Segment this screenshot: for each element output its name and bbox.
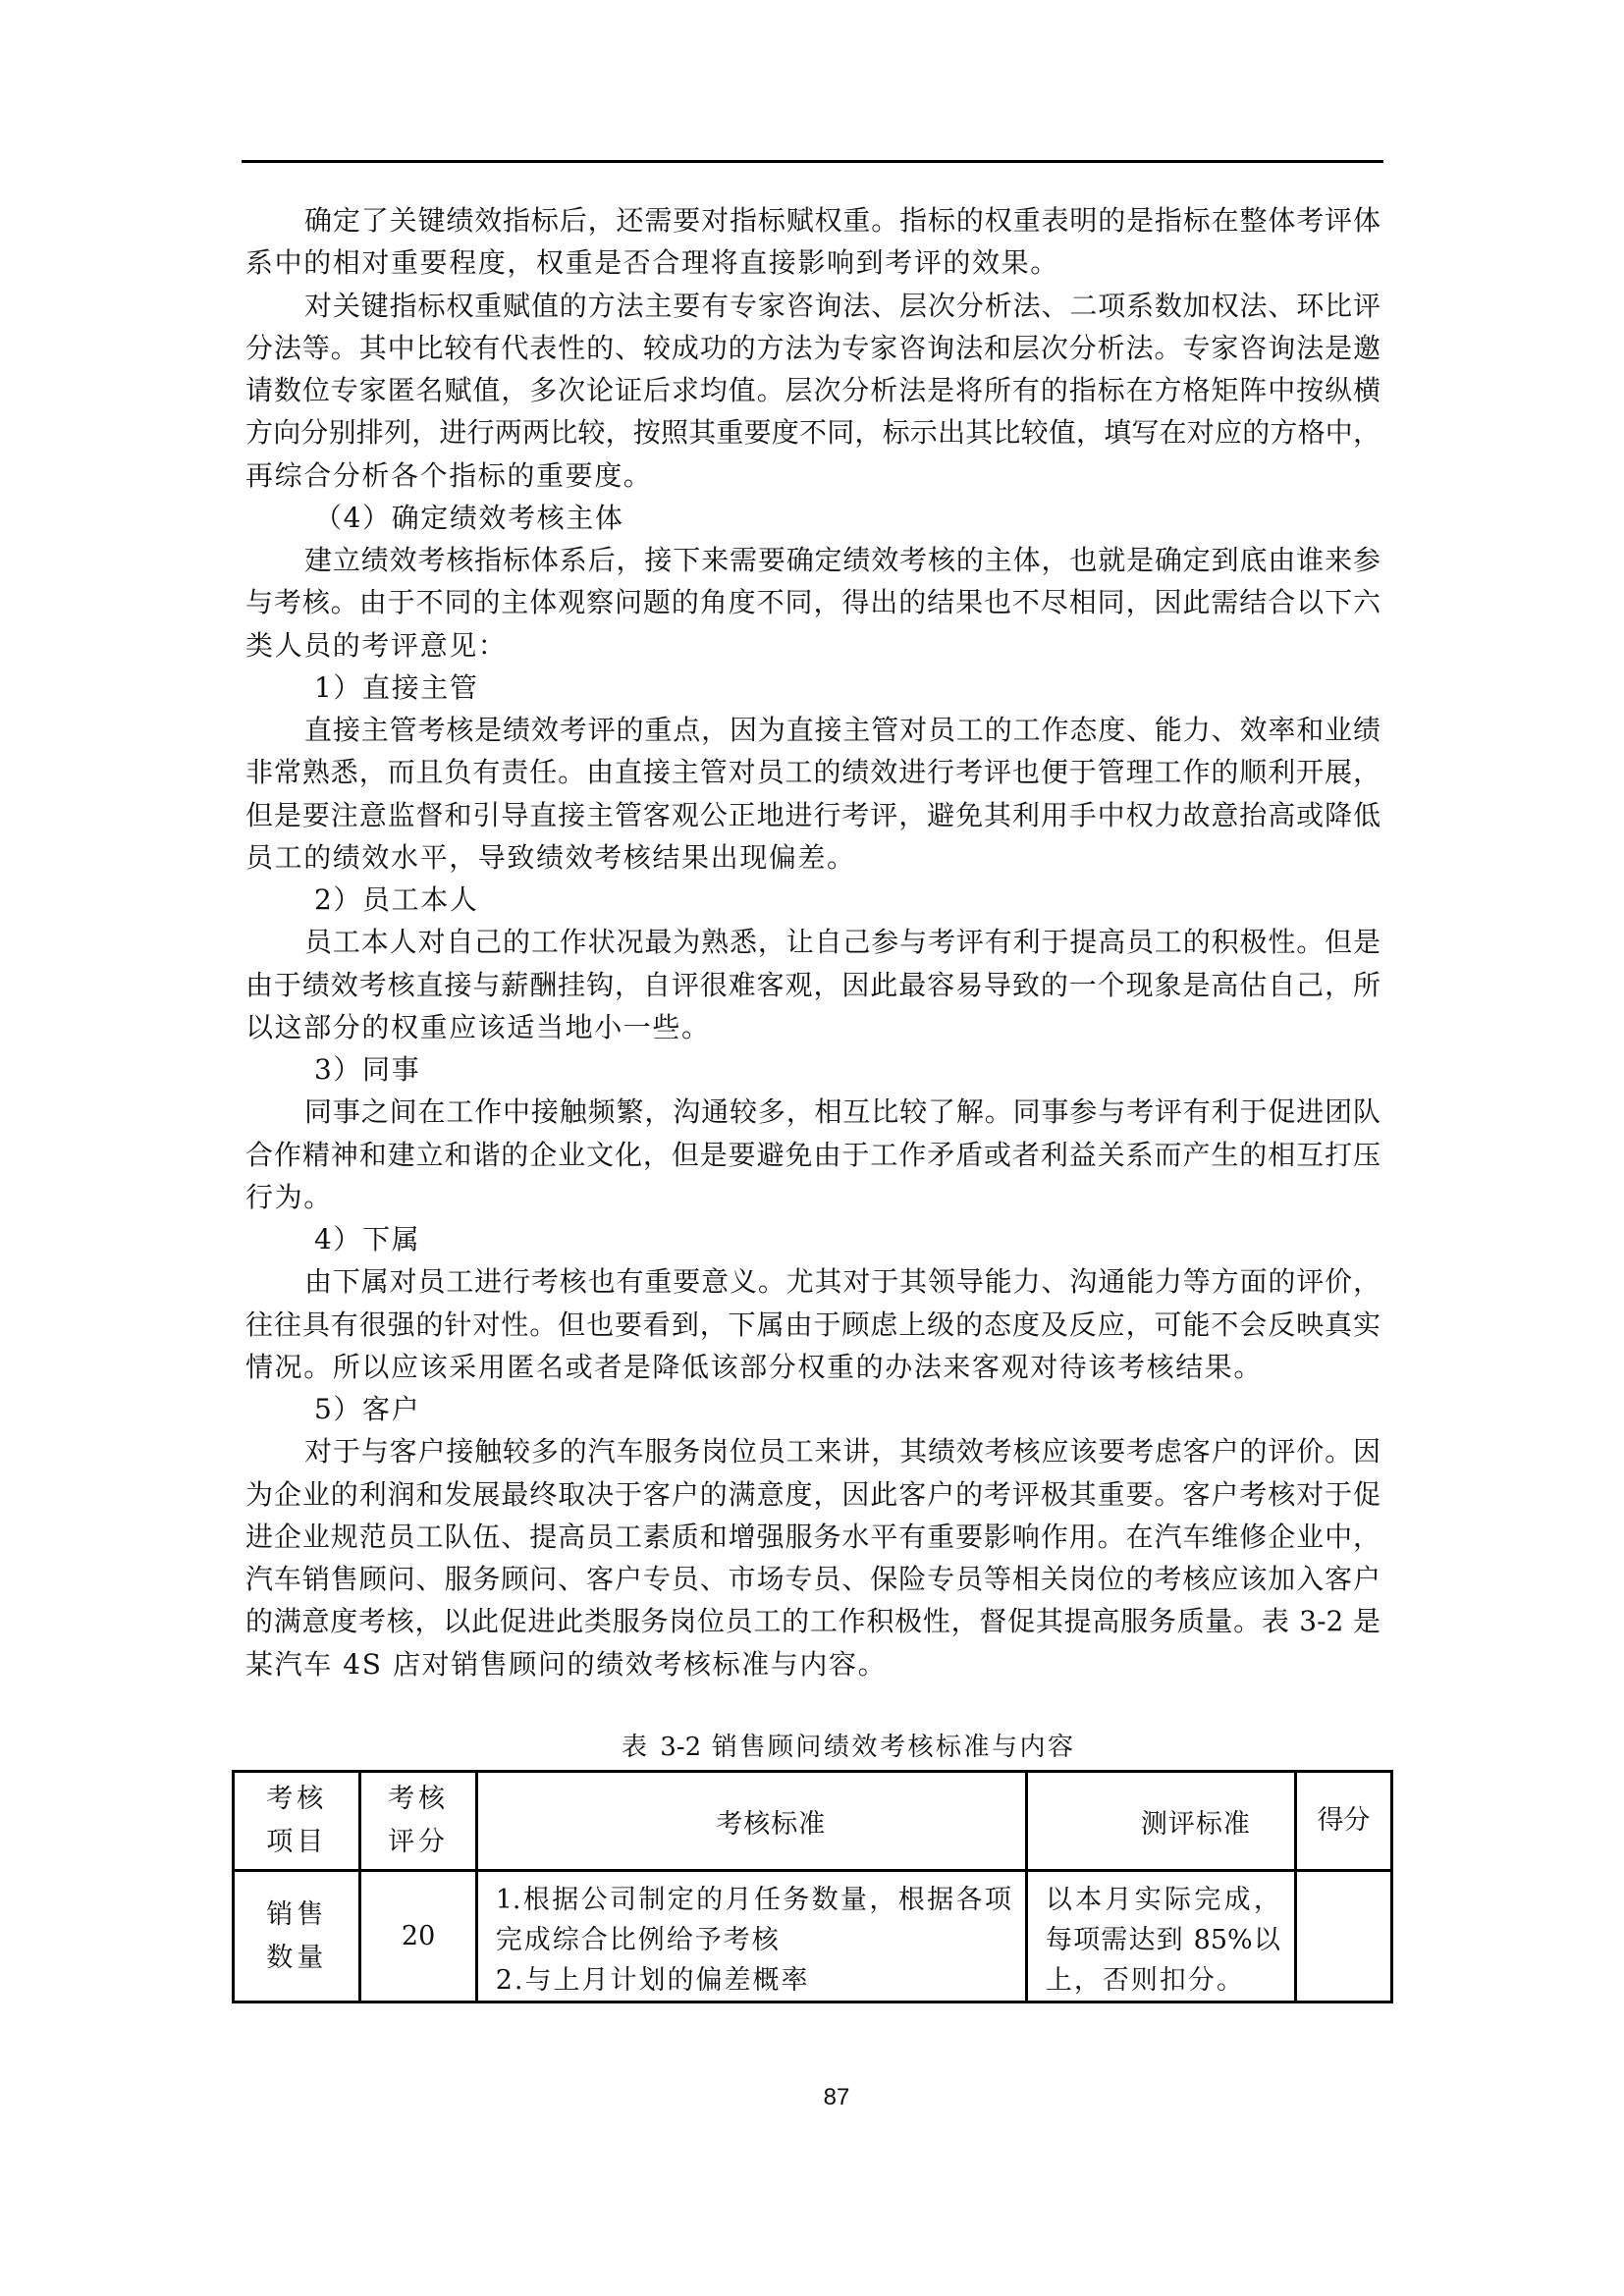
paragraph-line: 类人员的考评意见： [245,624,1380,667]
section-heading: 2）员工本人 [245,879,1380,921]
kpi-table: 考核 项目 考核 评分 考核标准 测评标准 得分 销售 数量 20 1.根据公司… [232,1770,1393,2003]
body-text: 确定了关键绩效指标后，还需要对指标赋权重。指标的权重表明的是指标在整体考评体系中… [245,199,1380,1685]
section-heading: 1）直接主管 [245,667,1380,709]
paragraph-line: 进企业规范员工队伍、提高员工素质和增强服务水平有重要影响作用。在汽车维修企业中， [245,1516,1380,1558]
table-caption: 表 3-2 销售顾问绩效考核标准与内容 [622,1730,1073,1765]
paragraph-line: 建立绩效考核指标体系后，接下来需要确定绩效考核的主体，也就是确定到底由谁来参 [245,539,1380,581]
cell-item: 销售 数量 [234,1871,360,2002]
paragraph-line: 的满意度考核，以此促进此类服务岗位员工的工作积极性，督促其提高服务质量。表 3-… [245,1600,1380,1642]
table-header-row: 考核 项目 考核 评分 考核标准 测评标准 得分 [234,1772,1392,1871]
table-row: 销售 数量 20 1.根据公司制定的月任务数量，根据各项 完成综合比例给予考核 … [234,1871,1392,2002]
header-result: 得分 [1295,1772,1391,1871]
paragraph-line: 员工的绩效水平，导致绩效考核结果出现偏差。 [245,836,1380,879]
cell-standard: 1.根据公司制定的月任务数量，根据各项 完成综合比例给予考核 2.与上月计划的偏… [476,1871,1026,2002]
paragraph-line: 由于绩效考核直接与薪酬挂钩，自评很难客观，因此最容易导致的一个现象是高估自己，所 [245,964,1380,1006]
header-score: 考核 评分 [360,1772,476,1871]
paragraph-line: 分法等。其中比较有代表性的、较成功的方法为专家咨询法和层次分析法。专家咨询法是邀 [245,327,1380,369]
section-heading: （4）确定绩效考核主体 [245,497,1380,539]
paragraph-line: 非常熟悉，而且负有责任。由直接主管对员工的绩效进行考评也便于管理工作的顺利开展， [245,751,1380,793]
header-standard: 考核标准 [476,1772,1026,1871]
paragraph-line: 对于与客户接触较多的汽车服务岗位员工来讲，其绩效考核应该要考虑客户的评价。因 [245,1430,1380,1472]
paragraph-line: 某汽车 4S 店对销售顾问的绩效考核标准与内容。 [245,1643,1380,1685]
paragraph-line: 汽车销售顾问、服务顾问、客户专员、市场专员、保险专员等相关岗位的考核应该加入客户 [245,1558,1380,1600]
paragraph-line: 往往具有很强的针对性。但也要看到，下属由于顾虑上级的态度及反应，可能不会反映真实 [245,1304,1380,1346]
paragraph-line: 行为。 [245,1176,1380,1218]
paragraph-line: 系中的相对重要程度，权重是否合理将直接影响到考评的效果。 [245,241,1380,284]
paragraph-line: 再综合分析各个指标的重要度。 [245,454,1380,497]
paragraph-line: 但是要注意监督和引导直接主管客观公正地进行考评，避免其利用手中权力故意抬高或降低 [245,794,1380,836]
paragraph-line: 员工本人对自己的工作状况最为熟悉，让自己参与考评有利于提高员工的积极性。但是 [245,921,1380,963]
paragraph-line: 合作精神和建立和谐的企业文化，但是要避免由于工作矛盾或者利益关系而产生的相互打压 [245,1134,1380,1176]
paragraph-line: 由下属对员工进行考核也有重要意义。尤其对于其领导能力、沟通能力等方面的评价， [245,1260,1380,1303]
section-heading: 5）客户 [245,1388,1380,1430]
paragraph-line: 同事之间在工作中接触频繁，沟通较多，相互比较了解。同事参与考评有利于促进团队 [245,1091,1380,1133]
paragraph-line: 情况。所以应该采用匿名或者是降低该部分权重的办法来客观对待该考核结果。 [245,1346,1380,1388]
paragraph-line: 确定了关键绩效指标后，还需要对指标赋权重。指标的权重表明的是指标在整体考评体 [245,199,1380,241]
header-evaluation: 测评标准 [1026,1772,1295,1871]
cell-result [1295,1871,1391,2002]
header-rule [242,160,1383,163]
paragraph-line: 方向分别排列，进行两两比较，按照其重要度不同，标示出其比较值，填写在对应的方格中… [245,411,1380,454]
header-item: 考核 项目 [234,1772,360,1871]
cell-evaluation: 以本月实际完成， 每项需达到 85%以 上，否则扣分。 [1026,1871,1295,2002]
paragraph-line: 以这部分的权重应该适当地小一些。 [245,1006,1380,1048]
section-heading: 4）下属 [245,1218,1380,1260]
paragraph-line: 直接主管考核是绩效考评的重点，因为直接主管对员工的工作态度、能力、效率和业绩 [245,709,1380,751]
page-number: 87 [812,2083,861,2112]
paragraph-line: 与考核。由于不同的主体观察问题的角度不同，得出的结果也不尽相同，因此需结合以下六 [245,581,1380,623]
section-heading: 3）同事 [245,1048,1380,1091]
paragraph-line: 为企业的利润和发展最终取决于客户的满意度，因此客户的考评极其重要。客户考核对于促 [245,1473,1380,1516]
cell-score: 20 [360,1871,476,2002]
paragraph-line: 对关键指标权重赋值的方法主要有专家咨询法、层次分析法、二项系数加权法、环比评 [245,285,1380,327]
paragraph-line: 请数位专家匿名赋值，多次论证后求均值。层次分析法是将所有的指标在方格矩阵中按纵横 [245,369,1380,411]
